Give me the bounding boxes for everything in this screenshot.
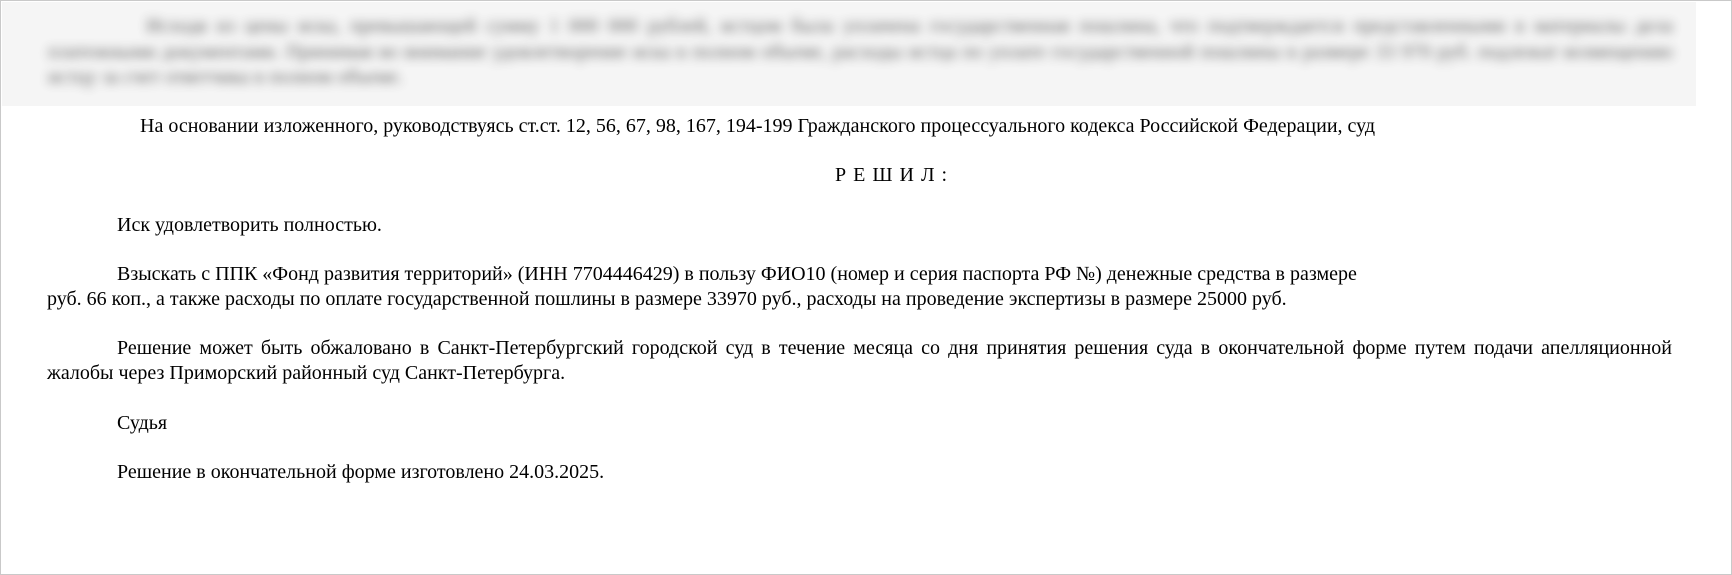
- paragraph-appeal-text: Решение может быть обжаловано в Санкт-Пе…: [47, 337, 1672, 384]
- paragraph-claim-granted: Иск удовлетворить полностью.: [117, 213, 382, 237]
- final-form-date: Решение в окончательной форме изготовлен…: [117, 460, 604, 484]
- decision-heading: Р Е Ш И Л :: [835, 163, 948, 187]
- judge-label: Судья: [117, 411, 167, 435]
- redacted-paragraph-text: Исходя из цены иска, превышающей сумму 1…: [48, 15, 1673, 88]
- redacted-paragraph: Исходя из цены иска, превышающей сумму 1…: [48, 14, 1673, 91]
- paragraph-recovery-line-1: Взыскать с ППК «Фонд развития территорий…: [117, 262, 1357, 286]
- paragraph-recovery-line-2: руб. 66 коп., а также расходы по оплате …: [47, 287, 1287, 311]
- legal-basis-line: На основании изложенного, руководствуясь…: [140, 114, 1375, 138]
- paragraph-appeal: Решение может быть обжаловано в Санкт-Пе…: [47, 336, 1672, 386]
- redacted-paragraph-region: Исходя из цены иска, превышающей сумму 1…: [2, 2, 1696, 106]
